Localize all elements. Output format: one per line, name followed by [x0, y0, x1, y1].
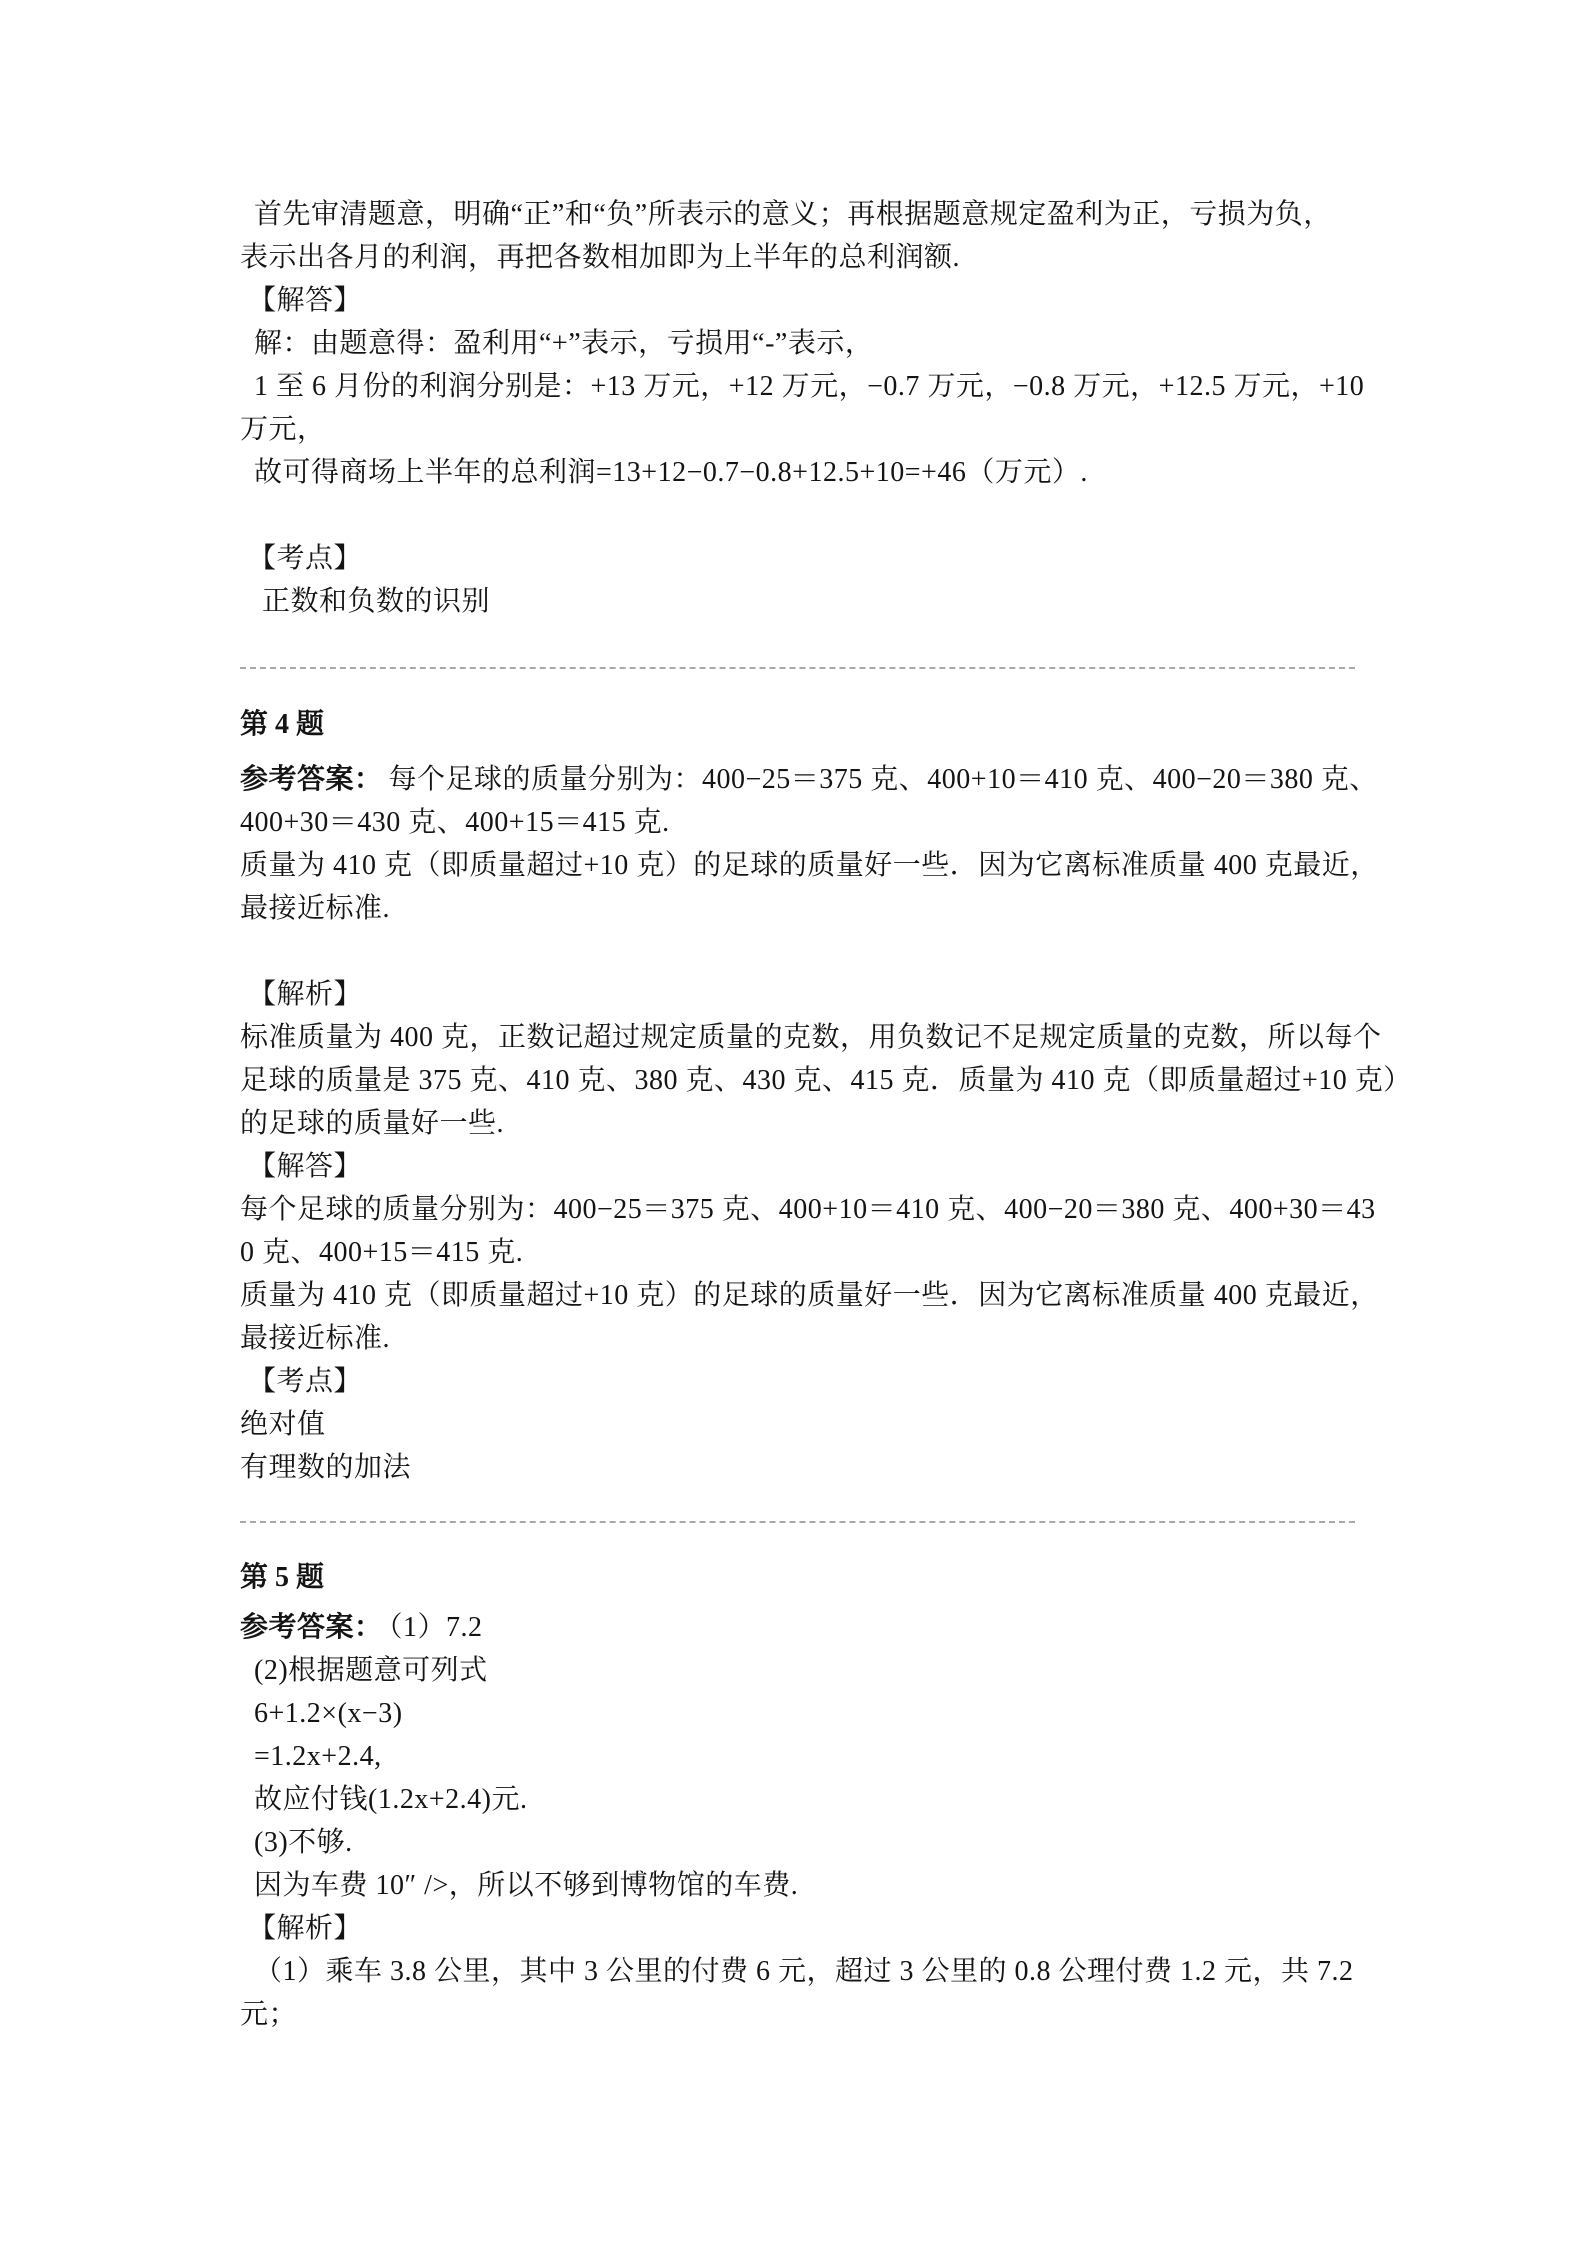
- reference-answer-text-line: =1.2x+2.4,: [240, 1735, 1355, 1778]
- analysis-text-line: 元；: [240, 1993, 1355, 2036]
- answer-text-line: 质量为 410 克（即质量超过+10 克）的足球的质量好一些．因为它离标准质量 …: [240, 1274, 1355, 1317]
- concept-text-line: 正数和负数的识别: [240, 580, 1355, 623]
- concept-text-line: 有理数的加法: [240, 1446, 1355, 1489]
- analysis-section-header: 【解析】: [240, 973, 1355, 1016]
- document-page: 首先审清题意，明确“正”和“负”所表示的意义；再根据题意规定盈利为正，亏损为负，…: [0, 0, 1587, 2245]
- reference-answer-text-line: 400+30＝430 克、400+15＝415 克.: [240, 801, 1355, 844]
- analysis-text-line: 表示出各月的利润，再把各数相加即为上半年的总利润额.: [240, 236, 1355, 279]
- analysis-text-line: （1）乘车 3.8 公里，其中 3 公里的付费 6 元，超过 3 公里的 0.8…: [240, 1950, 1355, 1993]
- problem-title: 第 5 题: [240, 1556, 1355, 1599]
- reference-answer-label: 参考答案：: [240, 764, 383, 795]
- answer-text-line: 最接近标准.: [240, 1317, 1355, 1360]
- reference-answer-text-line: 最接近标准.: [240, 887, 1355, 930]
- reference-answer-line: 参考答案：每个足球的质量分别为：400−25＝375 克、400+10＝410 …: [240, 758, 1355, 801]
- dashed-separator: [240, 667, 1355, 669]
- problem-title: 第 4 题: [240, 703, 1355, 746]
- concept-section-header: 【考点】: [240, 1360, 1355, 1403]
- reference-answer-line: 参考答案：（1）7.2: [240, 1606, 1355, 1649]
- reference-answer-text-line: 因为车费 10″ />，所以不够到博物馆的车费.: [240, 1864, 1355, 1907]
- answer-text-line: 1 至 6 月份的利润分别是：+13 万元，+12 万元，−0.7 万元，−0.…: [240, 365, 1355, 408]
- reference-answer-text-line: 质量为 410 克（即质量超过+10 克）的足球的质量好一些．因为它离标准质量 …: [240, 844, 1355, 887]
- dashed-separator: [240, 1521, 1355, 1523]
- reference-answer-label: 参考答案：: [240, 1612, 383, 1643]
- concept-text-line: 绝对值: [240, 1403, 1355, 1446]
- reference-answer-intro: （1）7.2: [389, 1612, 483, 1643]
- problem4-section: 第 4 题 参考答案：每个足球的质量分别为：400−25＝375 克、400+1…: [240, 703, 1355, 1489]
- analysis-text-line: 的足球的质量好一些.: [240, 1102, 1355, 1145]
- problem5-section: 第 5 题 参考答案：（1）7.2 (2)根据题意可列式 6+1.2×(x−3)…: [240, 1556, 1355, 2036]
- answer-text-line: 0 克、400+15＝415 克.: [240, 1231, 1355, 1274]
- answer-section-header: 【解答】: [240, 1145, 1355, 1188]
- reference-answer-text-line: (2)根据题意可列式: [240, 1649, 1355, 1692]
- answer-text-line: 故可得商场上半年的总利润=13+12−0.7−0.8+12.5+10=+46（万…: [240, 451, 1355, 494]
- analysis-text-line: 标准质量为 400 克，正数记超过规定质量的克数，用负数记不足规定质量的克数，所…: [240, 1016, 1355, 1059]
- answer-text-line: 万元，: [240, 408, 1355, 451]
- reference-answer-text-line: (3)不够.: [240, 1821, 1355, 1864]
- concept-section-header: 【考点】: [240, 537, 1355, 580]
- analysis-text-line: 足球的质量是 375 克、410 克、380 克、430 克、415 克．质量为…: [240, 1059, 1355, 1102]
- problem3-section: 首先审清题意，明确“正”和“负”所表示的意义；再根据题意规定盈利为正，亏损为负，…: [240, 193, 1355, 623]
- answer-text-line: 每个足球的质量分别为：400−25＝375 克、400+10＝410 克、400…: [240, 1188, 1355, 1231]
- reference-answer-text-line: 故应付钱(1.2x+2.4)元.: [240, 1778, 1355, 1821]
- reference-answer-intro: 每个足球的质量分别为：400−25＝375 克、400+10＝410 克、400…: [389, 764, 1378, 795]
- answer-text-line: 解：由题意得：盈利用“+”表示，亏损用“-”表示，: [240, 322, 1355, 365]
- reference-answer-text-line: 6+1.2×(x−3): [240, 1692, 1355, 1735]
- analysis-section-header: 【解析】: [240, 1907, 1355, 1950]
- answer-section-header: 【解答】: [240, 279, 1355, 322]
- analysis-text-line: 首先审清题意，明确“正”和“负”所表示的意义；再根据题意规定盈利为正，亏损为负，: [240, 193, 1355, 236]
